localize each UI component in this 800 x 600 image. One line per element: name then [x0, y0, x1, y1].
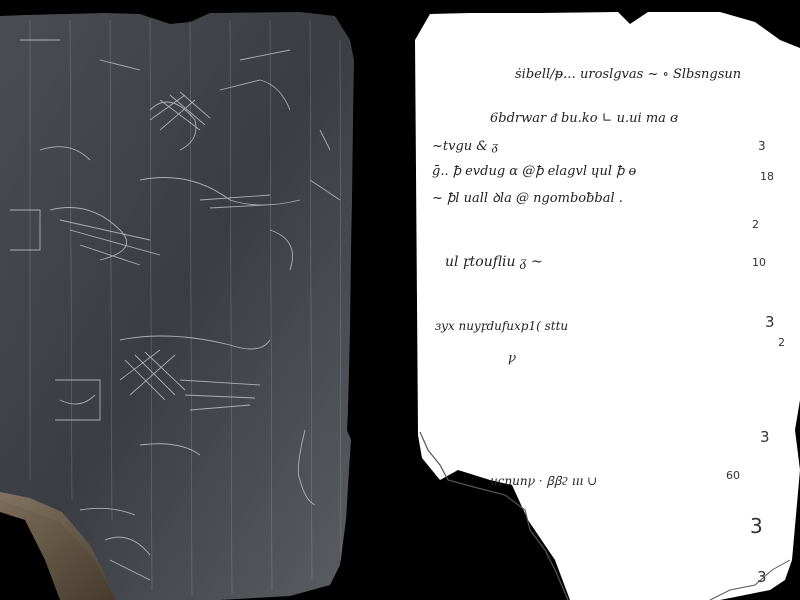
slate-photo-panel: Photograph of incised slate tablet: [0, 0, 400, 600]
transcription-line: ~tvgu & ᵹ: [432, 139, 499, 154]
transcription-drawing: ṡibell/ᵽ… uroslgvas ~ ∘ Slbsngsun 6bdrwa…: [400, 0, 800, 600]
transcription-line: ɜyx nuyꝼdufuxp1( sttu: [435, 319, 568, 333]
numeral: 2: [778, 336, 785, 349]
numeral: 3: [757, 568, 767, 586]
transcription-line: ṡibell/ᵽ… uroslgvas ~ ∘ Slbsngsun: [515, 67, 741, 82]
transcription-line: ul ꝼtoufliu ᵹ ~: [445, 254, 543, 270]
transcription-line: ꝩ: [508, 351, 517, 366]
numeral: 3: [750, 514, 763, 538]
numeral: 10: [752, 256, 766, 269]
numeral: 3: [765, 313, 775, 331]
numeral: 3: [758, 139, 766, 153]
transcription-line: ~ ꝥl uall ꝺla @ ngomboƀbal .: [432, 191, 623, 206]
transcription-line: ḡ.. ꝥ evdug ɑ @ꝥ elagvl ɥul ꝥ ɵ: [432, 164, 637, 179]
transcription-line: 6bdrwar ᵭ bu.ko ∟ u.ui ma ɞ: [490, 111, 678, 126]
transcription-line: ucnunꝩ · ꞵꞵϩ ııı ∪: [490, 474, 597, 488]
numeral: 3: [760, 428, 770, 446]
slate-photo: [0, 0, 400, 600]
numeral: 18: [760, 170, 774, 183]
numeral: 60: [726, 469, 740, 482]
transcription-panel: Line-drawing transcription of tablet ṡib…: [400, 0, 800, 600]
numeral: 2: [752, 218, 759, 231]
